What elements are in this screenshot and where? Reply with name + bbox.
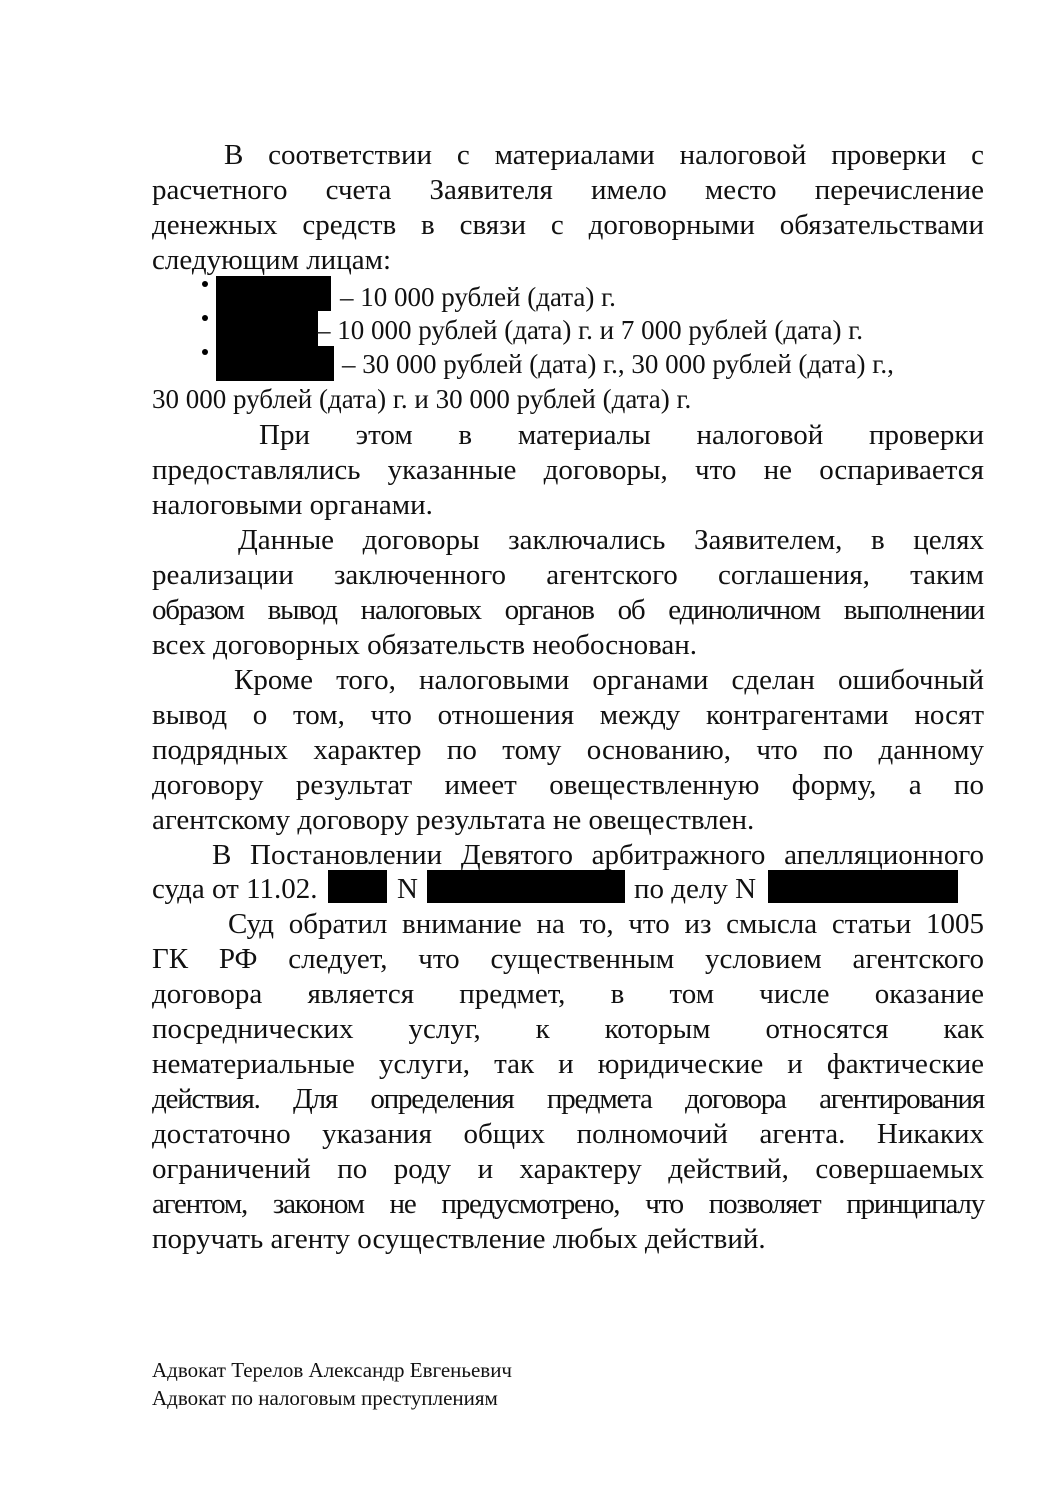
paragraph-4-line-4: договору результат имеет овеществленную … [152,768,984,803]
payment-continuation: 30 000 рублей (дата) г. и 30 000 рублей … [152,382,691,417]
payment-item-3: – 30 000 рублей (дата) г., 30 000 рублей… [342,347,894,382]
paragraph-4-line-1: Кроме того, налоговыми органами сделан о… [152,663,984,698]
paragraph-4-line-5: агентскому договору результата не овещес… [152,803,984,838]
redacted-decision-number [427,870,625,903]
payment-item-2: – 10 000 рублей (дата) г. и 7 000 рублей… [317,313,863,348]
bullet-icon [202,349,208,355]
paragraph-6-line-1: Суд обратил внимание на то, что из смысл… [152,907,984,942]
redacted-case-number [768,870,958,903]
paragraph-3-line-3: образом вывод налоговых органов об едино… [152,593,984,628]
paragraph-6-line-8: ограничений по роду и характеру действий… [152,1152,984,1187]
bullet-icon [202,281,208,287]
paragraph-6-line-4: посреднических услуг, к которым относятс… [152,1012,984,1047]
paragraph-3-line-4: всех договорных обязательств необоснован… [152,628,984,663]
redacted-recipient-3 [216,346,334,381]
paragraph-6-line-10: поручать агенту осуществление любых дейс… [152,1222,984,1257]
paragraph-6-line-7: достаточно указания общих полномочий аге… [152,1117,984,1152]
paragraph-2-line-3: налоговыми органами. [152,488,984,523]
paragraph-1-line-2: расчетного счета Заявителя имело место п… [152,173,984,208]
redacted-year [328,870,387,903]
paragraph-6-line-3: договора является предмет, в том числе о… [152,977,984,1012]
bullet-icon [202,315,208,321]
redacted-recipient-2 [216,311,318,346]
paragraph-4-line-3: подрядных характер по тому основанию, чт… [152,733,984,768]
paragraph-1-line-3: денежных средств в связи с договорными о… [152,208,984,243]
paragraph-6-line-9: агентом, законом не предусмотрено, что п… [152,1187,984,1222]
paragraph-1-line-1: В соответствии с материалами налоговой п… [152,138,984,173]
paragraph-6-line-6: действия. Для определения предмета догов… [152,1082,984,1117]
paragraph-6-line-5: нематериальные услуги, так и юридические… [152,1047,984,1082]
paragraph-3-line-2: реализации заключенного агентского согла… [152,558,984,593]
paragraph-5-line-1: В Постановлении Девятого арбитражного ап… [152,838,984,873]
paragraph-5-line-2-prefix: суда от 11.02. [152,872,318,907]
paragraph-5-case-label: по делу N [634,872,756,907]
paragraph-2-line-1: При этом в материалы налоговой проверки [152,418,984,453]
signature-name: Адвокат Терелов Александр Евгеньевич [152,1356,512,1384]
document-page: В соответствии с материалами налоговой п… [0,0,1061,1500]
paragraph-6-line-2: ГК РФ следует, что существенным условием… [152,942,984,977]
signature-title: Адвокат по налоговым преступлениям [152,1384,498,1412]
paragraph-3-line-1: Данные договоры заключались Заявителем, … [152,523,984,558]
paragraph-1-line-4: следующим лицам: [152,243,984,278]
paragraph-4-line-2: вывод о том, что отношения между контраг… [152,698,984,733]
paragraph-5-n-label: N [397,872,418,907]
paragraph-2-line-2: предоставлялись указанные договоры, что … [152,453,984,488]
redacted-recipient-1 [216,276,331,311]
payment-item-1: – 10 000 рублей (дата) г. [340,280,616,315]
